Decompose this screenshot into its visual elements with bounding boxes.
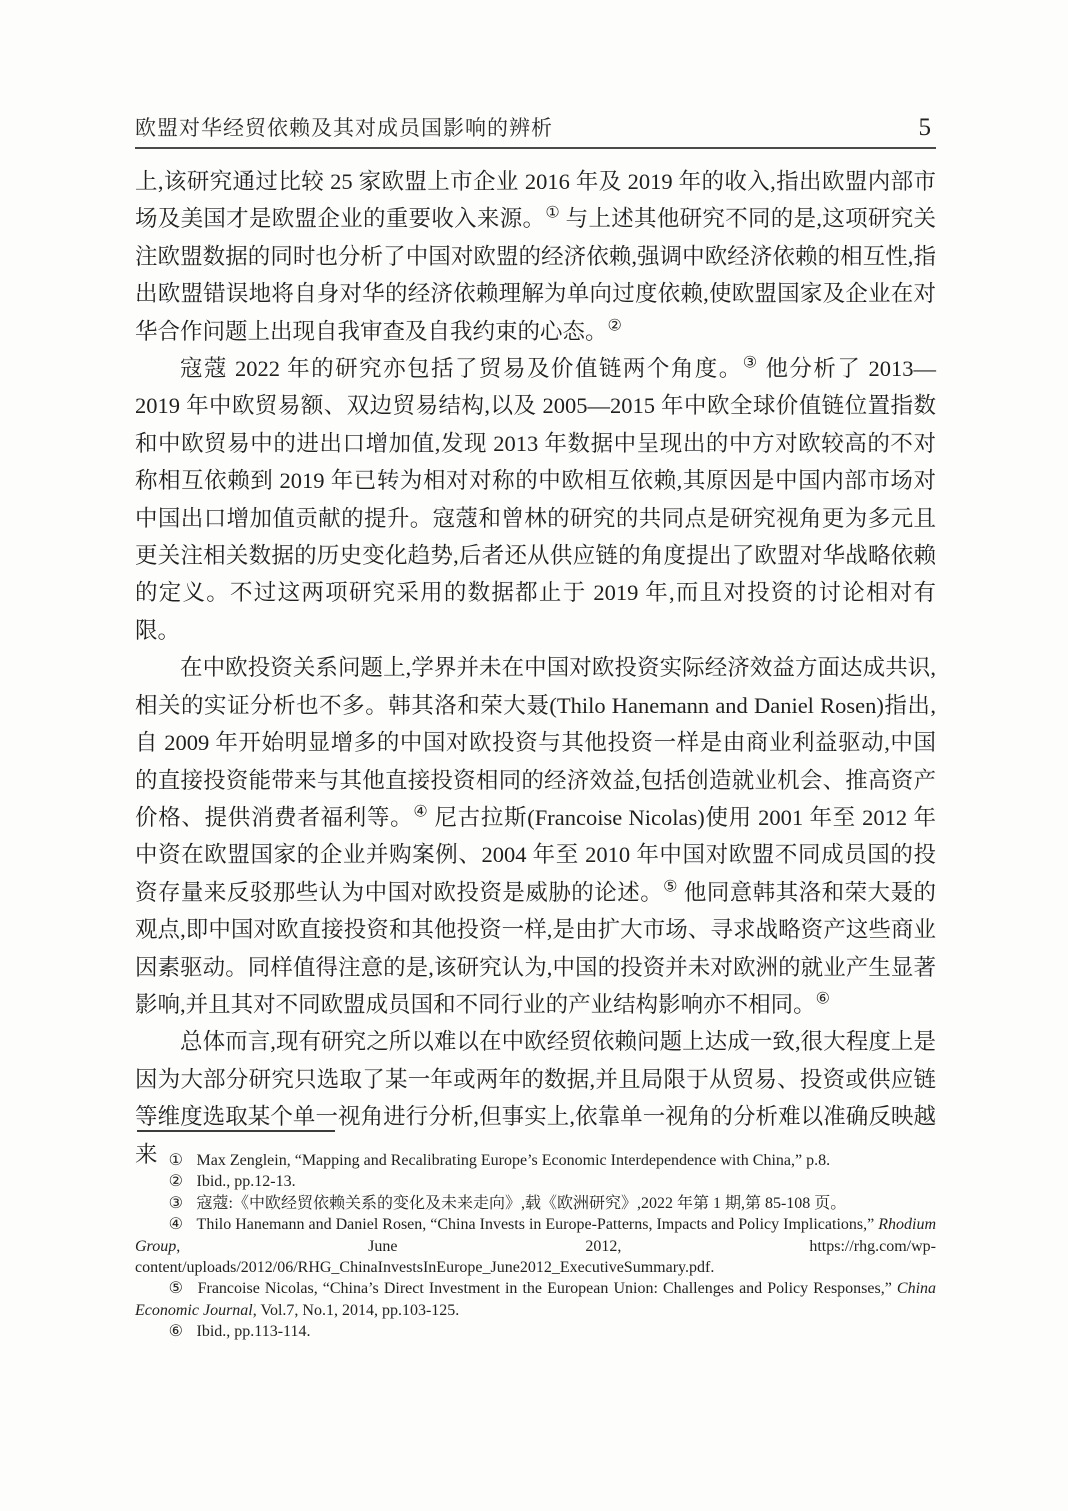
footnote-reference: ③ (743, 355, 759, 372)
document-page: 欧盟对华经贸依赖及其对成员国影响的辨析 5 上,该研究通过比较 25 家欧盟上市… (0, 0, 1068, 1511)
footnote-marker: ④ (169, 1216, 183, 1233)
article-body: 上,该研究通过比较 25 家欧盟上市企业 2016 年及 2019 年的收入,指… (135, 163, 936, 1173)
footnote-reference: ⑥ (816, 990, 830, 1007)
footnote: ⑥Ibid., pp.113-114. (135, 1321, 936, 1342)
text-run: 寇蔻:《中欧经贸依赖关系的变化及未来走向》,载《欧洲研究》,2022 年第 1 … (197, 1195, 847, 1212)
text-run: , June 2012, https://rhg.com/wp-content/… (135, 1238, 936, 1276)
text-run: 寇蔻 2022 年的研究亦包括了贸易及价值链两个角度。 (180, 356, 743, 381)
page-number: 5 (919, 114, 936, 142)
footnote-reference: ① (545, 205, 559, 222)
footnote-marker: ⑤ (169, 1280, 184, 1297)
footnote: ④Thilo Hanemann and Daniel Rosen, “China… (135, 1214, 936, 1278)
running-head-title: 欧盟对华经贸依赖及其对成员国影响的辨析 (135, 112, 553, 142)
text-run: Francoise Nicolas, “China’s Direct Inves… (198, 1280, 897, 1297)
footnote-marker: ② (169, 1173, 183, 1190)
text-run: , Vol.7, No.1, 2014, pp.103-125. (253, 1302, 460, 1319)
footnote-reference: ④ (413, 803, 428, 820)
text-run: Max Zenglein, “Mapping and Recalibrating… (197, 1152, 831, 1169)
footnote-marker: ③ (169, 1195, 183, 1212)
footnote-marker: ⑥ (169, 1323, 183, 1340)
text-run: 他分析了 2013—2019 年中欧贸易额、双边贸易结构,以及 2005—201… (135, 356, 936, 643)
body-paragraph: 寇蔻 2022 年的研究亦包括了贸易及价值链两个角度。③ 他分析了 2013—2… (135, 350, 936, 649)
footnote-reference: ② (608, 317, 622, 334)
footnote-reference: ⑤ (663, 878, 678, 895)
body-paragraph: 上,该研究通过比较 25 家欧盟上市企业 2016 年及 2019 年的收入,指… (135, 163, 936, 350)
text-run: 总体而言,现有研究之所以难以在中欧经贸依赖问题上达成一致,很大程度上是因为大部分… (135, 1029, 936, 1166)
text-run: Ibid., pp.12-13. (197, 1173, 296, 1190)
footnotes-block: ①Max Zenglein, “Mapping and Recalibratin… (135, 1150, 936, 1343)
footnote-marker: ① (169, 1152, 183, 1169)
page-header: 欧盟对华经贸依赖及其对成员国影响的辨析 5 (135, 112, 935, 142)
text-run: Ibid., pp.113-114. (197, 1323, 311, 1340)
header-rule (135, 147, 936, 149)
footnote: ①Max Zenglein, “Mapping and Recalibratin… (135, 1150, 936, 1171)
footnote: ⑤Francoise Nicolas, “China’s Direct Inve… (135, 1278, 936, 1321)
footnote: ②Ibid., pp.12-13. (135, 1171, 936, 1192)
footnote-separator (137, 1130, 335, 1132)
body-paragraph: 在中欧投资关系问题上,学界并未在中国对欧投资实际经济效益方面达成共识,相关的实证… (135, 649, 936, 1023)
text-run: 在中欧投资关系问题上,学界并未在中国对欧投资实际经济效益方面达成共识,相关的实证… (135, 655, 936, 830)
footnote: ③寇蔻:《中欧经贸依赖关系的变化及未来走向》,载《欧洲研究》,2022 年第 1… (135, 1193, 936, 1214)
text-run: Thilo Hanemann and Daniel Rosen, “China … (197, 1216, 879, 1233)
